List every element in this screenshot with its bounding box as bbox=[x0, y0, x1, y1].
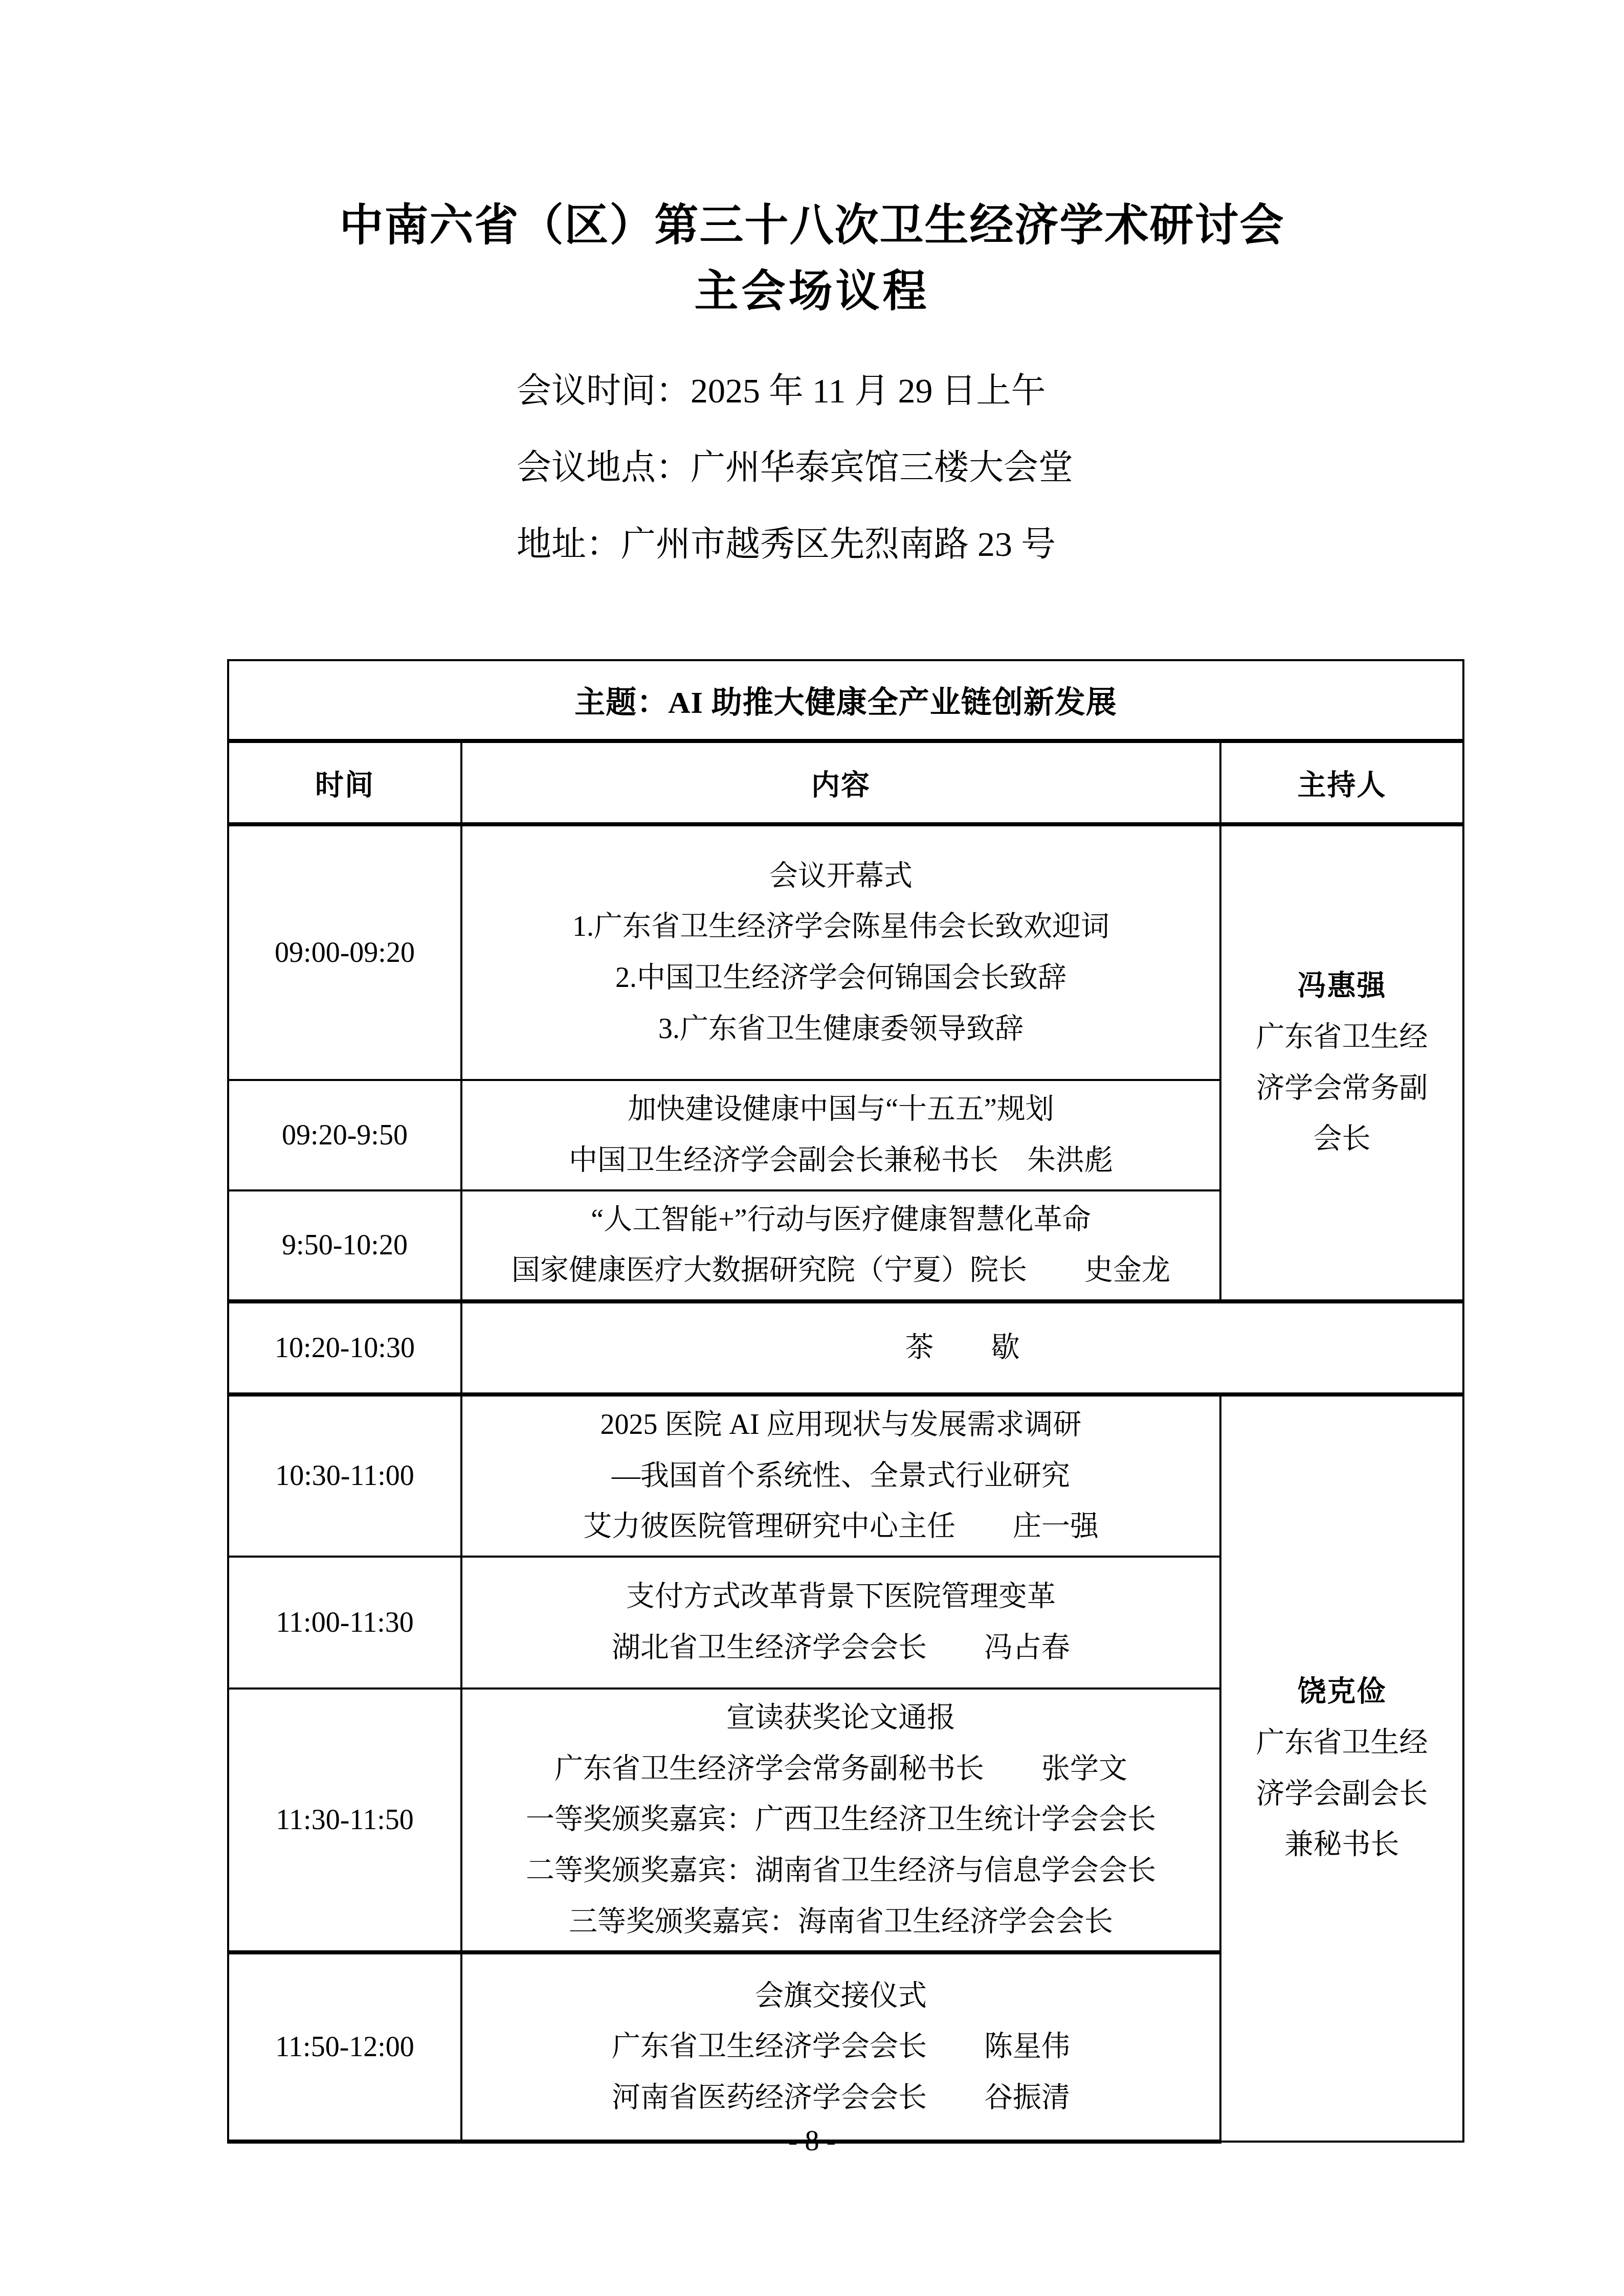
agenda-subtitle: 主会场议程 bbox=[0, 265, 1624, 318]
meeting-time-line: 会议时间：2025 年 11 月 29 日上午 bbox=[517, 353, 1073, 430]
time-cell: 11:30-11:50 bbox=[228, 1689, 461, 1952]
host-name: 饶克俭 bbox=[1236, 1667, 1448, 1718]
content-cell: 支付方式改革背景下医院管理变革 湖北省卫生经济学会会长 冯占春 bbox=[461, 1557, 1220, 1689]
content-cell: 会旗交接仪式 广东省卫生经济学会会长 陈星伟 河南省医药经济学会会长 谷振清 bbox=[461, 1952, 1220, 2142]
host-cell-second: 饶克俭 广东省卫生经 济学会副会长 兼秘书长 bbox=[1220, 1394, 1463, 2142]
host-cell-first: 冯惠强 广东省卫生经 济学会常务副 会长 bbox=[1220, 824, 1463, 1301]
time-cell: 09:00-09:20 bbox=[228, 824, 461, 1080]
theme-cell: 主题：AI 助推大健康全产业链创新发展 bbox=[228, 660, 1463, 741]
time-cell: 11:50-12:00 bbox=[228, 1952, 461, 2142]
tea-break-cell: 茶 歇 bbox=[461, 1301, 1463, 1394]
host-name: 冯惠强 bbox=[1236, 961, 1448, 1012]
theme-row: 主题：AI 助推大健康全产业链创新发展 bbox=[228, 660, 1463, 741]
time-cell: 11:00-11:30 bbox=[228, 1557, 461, 1689]
column-header-content: 内容 bbox=[461, 741, 1220, 824]
agenda-row-survey: 10:30-11:00 2025 医院 AI 应用现状与发展需求调研 —我国首个… bbox=[228, 1394, 1463, 1557]
meeting-info-block: 会议时间：2025 年 11 月 29 日上午 会议地点：广州华泰宾馆三楼大会堂… bbox=[517, 353, 1073, 582]
agenda-row-tea-break: 10:20-10:30 茶 歇 bbox=[228, 1301, 1463, 1394]
host-title: 广东省卫生经 济学会常务副 会长 bbox=[1236, 1012, 1448, 1165]
meeting-venue-line: 会议地点：广州华泰宾馆三楼大会堂 bbox=[517, 430, 1073, 506]
content-cell: 会议开幕式 1.广东省卫生经济学会陈星伟会长致欢迎词 2.中国卫生经济学会何锦国… bbox=[461, 824, 1220, 1080]
conference-title: 中南六省（区）第三十八次卫生经济学术研讨会 bbox=[0, 0, 1624, 252]
agenda-table: 主题：AI 助推大健康全产业链创新发展 时间 内容 主持人 09:00-09:2… bbox=[227, 659, 1464, 2144]
column-header-time: 时间 bbox=[228, 741, 461, 824]
content-cell: 2025 医院 AI 应用现状与发展需求调研 —我国首个系统性、全景式行业研究 … bbox=[461, 1394, 1220, 1557]
document-page: { "colors": { "text": "#000000", "backgr… bbox=[0, 0, 1624, 2296]
time-cell: 10:30-11:00 bbox=[228, 1394, 461, 1557]
content-cell: 加快建设健康中国与“十五五”规划 中国卫生经济学会副会长兼秘书长 朱洪彪 bbox=[461, 1080, 1220, 1190]
content-cell: 宣读获奖论文通报 广东省卫生经济学会常务副秘书长 张学文 一等奖颁奖嘉宾：广西卫… bbox=[461, 1689, 1220, 1952]
meeting-address-line: 地址：广州市越秀区先烈南路 23 号 bbox=[517, 506, 1073, 583]
content-cell: “人工智能+”行动与医疗健康智慧化革命 国家健康医疗大数据研究院（宁夏）院长 史… bbox=[461, 1190, 1220, 1301]
time-cell: 10:20-10:30 bbox=[228, 1301, 461, 1394]
column-header-host: 主持人 bbox=[1220, 741, 1463, 824]
header-row: 时间 内容 主持人 bbox=[228, 741, 1463, 824]
time-cell: 09:20-9:50 bbox=[228, 1080, 461, 1190]
page-number: - 8 - bbox=[0, 2125, 1624, 2157]
time-cell: 9:50-10:20 bbox=[228, 1190, 461, 1301]
agenda-row-opening: 09:00-09:20 会议开幕式 1.广东省卫生经济学会陈星伟会长致欢迎词 2… bbox=[228, 824, 1463, 1080]
host-title: 广东省卫生经 济学会副会长 兼秘书长 bbox=[1236, 1718, 1448, 1871]
